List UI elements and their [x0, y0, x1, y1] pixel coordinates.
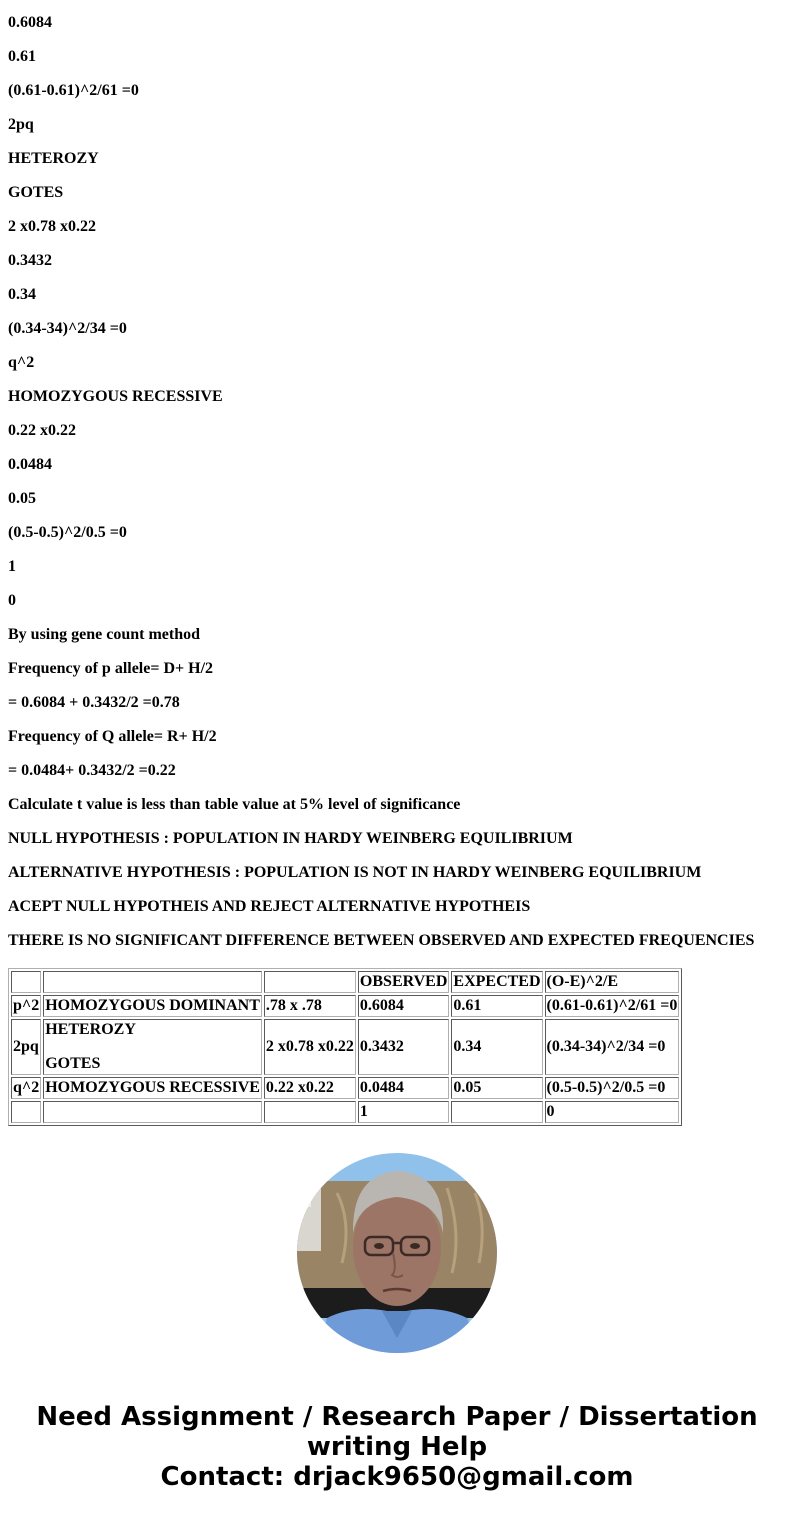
cell-chi: (0.5-0.5)^2/0.5 =0 — [545, 1077, 680, 1099]
text-line: = 0.0484+ 0.3432/2 =0.22 — [8, 748, 786, 782]
cell-genotype — [43, 1101, 262, 1123]
cell-calc: .78 x .78 — [264, 995, 356, 1017]
cell-genotype: HETEROZYGOTES — [43, 1019, 262, 1075]
cell-chi: 0 — [545, 1101, 680, 1123]
cell-observed: 0.0484 — [358, 1077, 449, 1099]
promo-line-1: Need Assignment / Research Paper / Disse… — [0, 1402, 794, 1432]
contact-email[interactable]: Contact: drjack9650@gmail.com — [0, 1462, 794, 1492]
cell-symbol: q^2 — [11, 1077, 41, 1099]
header-cell — [264, 971, 356, 993]
text-line: 0.6084 — [8, 0, 786, 34]
table-row: 2pqHETEROZYGOTES2 x0.78 x0.220.34320.34(… — [11, 1019, 679, 1075]
table-header-row: OBSERVEDEXPECTED(O-E)^2/E — [11, 971, 679, 993]
cell-genotype: HOMOZYGOUS RECESSIVE — [43, 1077, 262, 1099]
text-lines: 0.60840.61(0.61-0.61)^2/61 =02pqHETEROZY… — [8, 0, 786, 952]
text-line: 0.34 — [8, 272, 786, 306]
text-line: 2 x0.78 x0.22 — [8, 204, 786, 238]
text-line: = 0.6084 + 0.3432/2 =0.78 — [8, 680, 786, 714]
document-body: 0.60840.61(0.61-0.61)^2/61 =02pqHETEROZY… — [0, 0, 794, 1126]
genotype-text: HOMOZYGOUS RECESSIVE — [45, 1079, 260, 1097]
header-cell: OBSERVED — [358, 971, 449, 993]
cell-symbol: p^2 — [11, 995, 41, 1017]
genotype-text: GOTES — [45, 1055, 260, 1073]
header-cell — [11, 971, 41, 993]
cell-calc: 0.22 x0.22 — [264, 1077, 356, 1099]
cell-expected — [451, 1101, 542, 1123]
text-line: (0.34-34)^2/34 =0 — [8, 306, 786, 340]
header-cell — [43, 971, 262, 993]
text-line: 0.61 — [8, 34, 786, 68]
text-line: 0.0484 — [8, 442, 786, 476]
genotype-text: HOMOZYGOUS DOMINANT — [45, 997, 260, 1015]
text-line: HOMOZYGOUS RECESSIVE — [8, 374, 786, 408]
cell-symbol — [11, 1101, 41, 1123]
text-line: Frequency of p allele= D+ H/2 — [8, 646, 786, 680]
text-line: 1 — [8, 544, 786, 578]
text-line: 0.05 — [8, 476, 786, 510]
promo-line-2: writing Help — [0, 1432, 794, 1462]
cell-chi: (0.61-0.61)^2/61 =0 — [545, 995, 680, 1017]
text-line: THERE IS NO SIGNIFICANT DIFFERENCE BETWE… — [8, 918, 786, 952]
cell-chi: (0.34-34)^2/34 =0 — [545, 1019, 680, 1075]
table-row: q^2HOMOZYGOUS RECESSIVE0.22 x0.220.04840… — [11, 1077, 679, 1099]
cell-observed: 0.6084 — [358, 995, 449, 1017]
text-line: (0.5-0.5)^2/0.5 =0 — [8, 510, 786, 544]
header-cell: EXPECTED — [451, 971, 542, 993]
table-row: p^2HOMOZYGOUS DOMINANT.78 x .780.60840.6… — [11, 995, 679, 1017]
hardy-weinberg-table: OBSERVEDEXPECTED(O-E)^2/Ep^2HOMOZYGOUS D… — [8, 968, 682, 1126]
table-row: 10 — [11, 1101, 679, 1123]
text-line: ACEPT NULL HYPOTHEIS AND REJECT ALTERNAT… — [8, 884, 786, 918]
text-line: 0 — [8, 578, 786, 612]
genotype-text: HETEROZY — [45, 1021, 260, 1039]
text-line: HETEROZY — [8, 136, 786, 170]
cell-observed: 1 — [358, 1101, 449, 1123]
cell-calc: 2 x0.78 x0.22 — [264, 1019, 356, 1075]
text-line: ALTERNATIVE HYPOTHESIS : POPULATION IS N… — [8, 850, 786, 884]
text-line: GOTES — [8, 170, 786, 204]
text-line: NULL HYPOTHESIS : POPULATION IN HARDY WE… — [8, 816, 786, 850]
text-line: q^2 — [8, 340, 786, 374]
text-line: 2pq — [8, 102, 786, 136]
text-line: Calculate t value is less than table val… — [8, 782, 786, 816]
cell-expected: 0.05 — [451, 1077, 542, 1099]
text-line: 0.22 x0.22 — [8, 408, 786, 442]
cell-observed: 0.3432 — [358, 1019, 449, 1075]
header-cell: (O-E)^2/E — [545, 971, 680, 993]
text-line: (0.61-0.61)^2/61 =0 — [8, 68, 786, 102]
cell-symbol: 2pq — [11, 1019, 41, 1075]
cell-calc — [264, 1101, 356, 1123]
text-line: By using gene count method — [8, 612, 786, 646]
promo-footer: Need Assignment / Research Paper / Disse… — [0, 1402, 794, 1492]
portrait-image — [297, 1153, 497, 1353]
cell-expected: 0.34 — [451, 1019, 542, 1075]
cell-genotype: HOMOZYGOUS DOMINANT — [43, 995, 262, 1017]
text-line: 0.3432 — [8, 238, 786, 272]
cell-expected: 0.61 — [451, 995, 542, 1017]
text-line: Frequency of Q allele= R+ H/2 — [8, 714, 786, 748]
author-photo — [297, 1153, 497, 1353]
